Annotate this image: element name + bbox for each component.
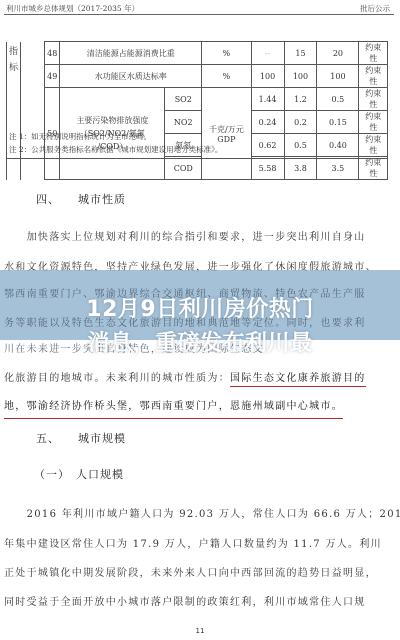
row-number: 49 [45,65,60,88]
paragraph-line: 同时受益于全面开放中小城市落户限制的政策红利，利川市域常住人口规 [4,593,396,608]
section-title: 城市性质 [78,193,126,206]
row-number: 48 [45,42,60,65]
section-4-heading: 四、城市性质 [36,191,126,207]
document-status: 批后公示 [360,3,390,14]
highlighted-text: 地，鄂渝经济协作桥头堡，鄂西南重要门户，恩施州域副中心城市。 [4,401,343,419]
indicator-name-line: 主要污染物排放强度 [62,114,162,127]
value-cell: 100 [317,65,359,88]
document-header: 利川市城乡总体规划（2017-2035 年） 批后公示 [4,3,394,15]
note-1: 注 1：如无特别说明指标统计为全市范畴。 [9,130,387,143]
indicator-table: 指标 48 清洁能源占能源消费比重 % -- 15 20 约束性 49 水功能区… [6,41,388,180]
type-cell: 约束性 [359,42,388,65]
section-number: 五、 [36,430,78,446]
table-row: 49 水功能区水质达标率 % 100 100 100 约束性 [7,65,388,88]
paragraph-line: 正处于城镇化中期发展阶段，未来外来人口向中西部回流的趋势日益明显， [4,564,396,579]
document-title: 利川市城乡总体规划（2017-2035 年） [6,3,139,14]
value-cell: -- [251,42,284,65]
sub-indicator: COD [165,157,202,180]
value-cell: 3.8 [284,157,317,180]
headline-line-2[interactable]: 消息，重磅发布利川最 [0,326,400,357]
table-notes: 注 1：如无特别说明指标统计为全市范畴。 注 2：公共服务类指标名称依据《城市规… [6,130,388,159]
unit-cell: % [202,65,251,88]
type-cell: 约束性 [359,157,388,180]
value-cell: 0.5 [317,88,359,111]
unit-cell: % [202,42,251,65]
subsection-number: （一） [34,466,76,482]
value-cell: 100 [251,65,284,88]
value-cell: 15 [284,42,317,65]
paragraph-line: 化旅游目的地城市。未来利川的城市性质为：国际生态文化康养旅游目的 [4,369,396,384]
indicator-name: 水功能区水质达标率 [60,65,202,88]
paragraph-line: 年集中建设区常住人口为 17.9 万人，户籍人口数量约为 11.7 万人。利川 [4,535,396,550]
value-cell: 1.44 [251,88,284,111]
sub-indicator: SO2 [165,88,202,111]
table-row: 指标 48 清洁能源占能源消费比重 % -- 15 20 约束性 [7,42,388,65]
headline-line-1[interactable]: 12月9日利川房价热门 [0,292,400,323]
highlighted-text: 国际生态文化康养旅游目的 [230,373,366,387]
value-cell: 100 [284,65,317,88]
value-cell: 1.2 [284,88,317,111]
value-cell: 20 [317,42,359,65]
type-cell: 约束性 [359,88,388,111]
paragraph-text: 化旅游目的地城市。未来利川的城市性质为： [4,373,230,384]
value-cell: 3.5 [317,157,359,180]
table-row: 50 主要污染物排放强度 （SO2/NO2/氨氮 /COD） SO2 千克/万元… [7,88,388,111]
paragraph-line: 地，鄂渝经济协作桥头堡，鄂西南重要门户，恩施州域副中心城市。 [4,397,396,412]
paragraph-line: 2016 年利川市域户籍人口为 92.03 万人，常住人口为 66.6 万人；2… [4,505,396,520]
section-title: 城市规模 [78,432,126,445]
paragraph-line: 加快落实上位规划对利川的综合指引和要求，进一步突出利川自身山 [4,228,396,243]
section-number: 四、 [36,191,78,207]
page-number: 11 [0,627,400,635]
type-cell: 约束性 [359,65,388,88]
indicator-name: 清洁能源占能源消费比重 [60,42,202,65]
subsection-heading: （一）人口规模 [34,466,124,482]
subsection-title: 人口规模 [76,468,124,481]
section-5-heading: 五、城市规模 [36,430,126,446]
value-cell: 5.58 [251,157,284,180]
note-2: 注 2：公共服务类指标名称依据《城市规划建设用地分类标准》。 [9,143,387,156]
